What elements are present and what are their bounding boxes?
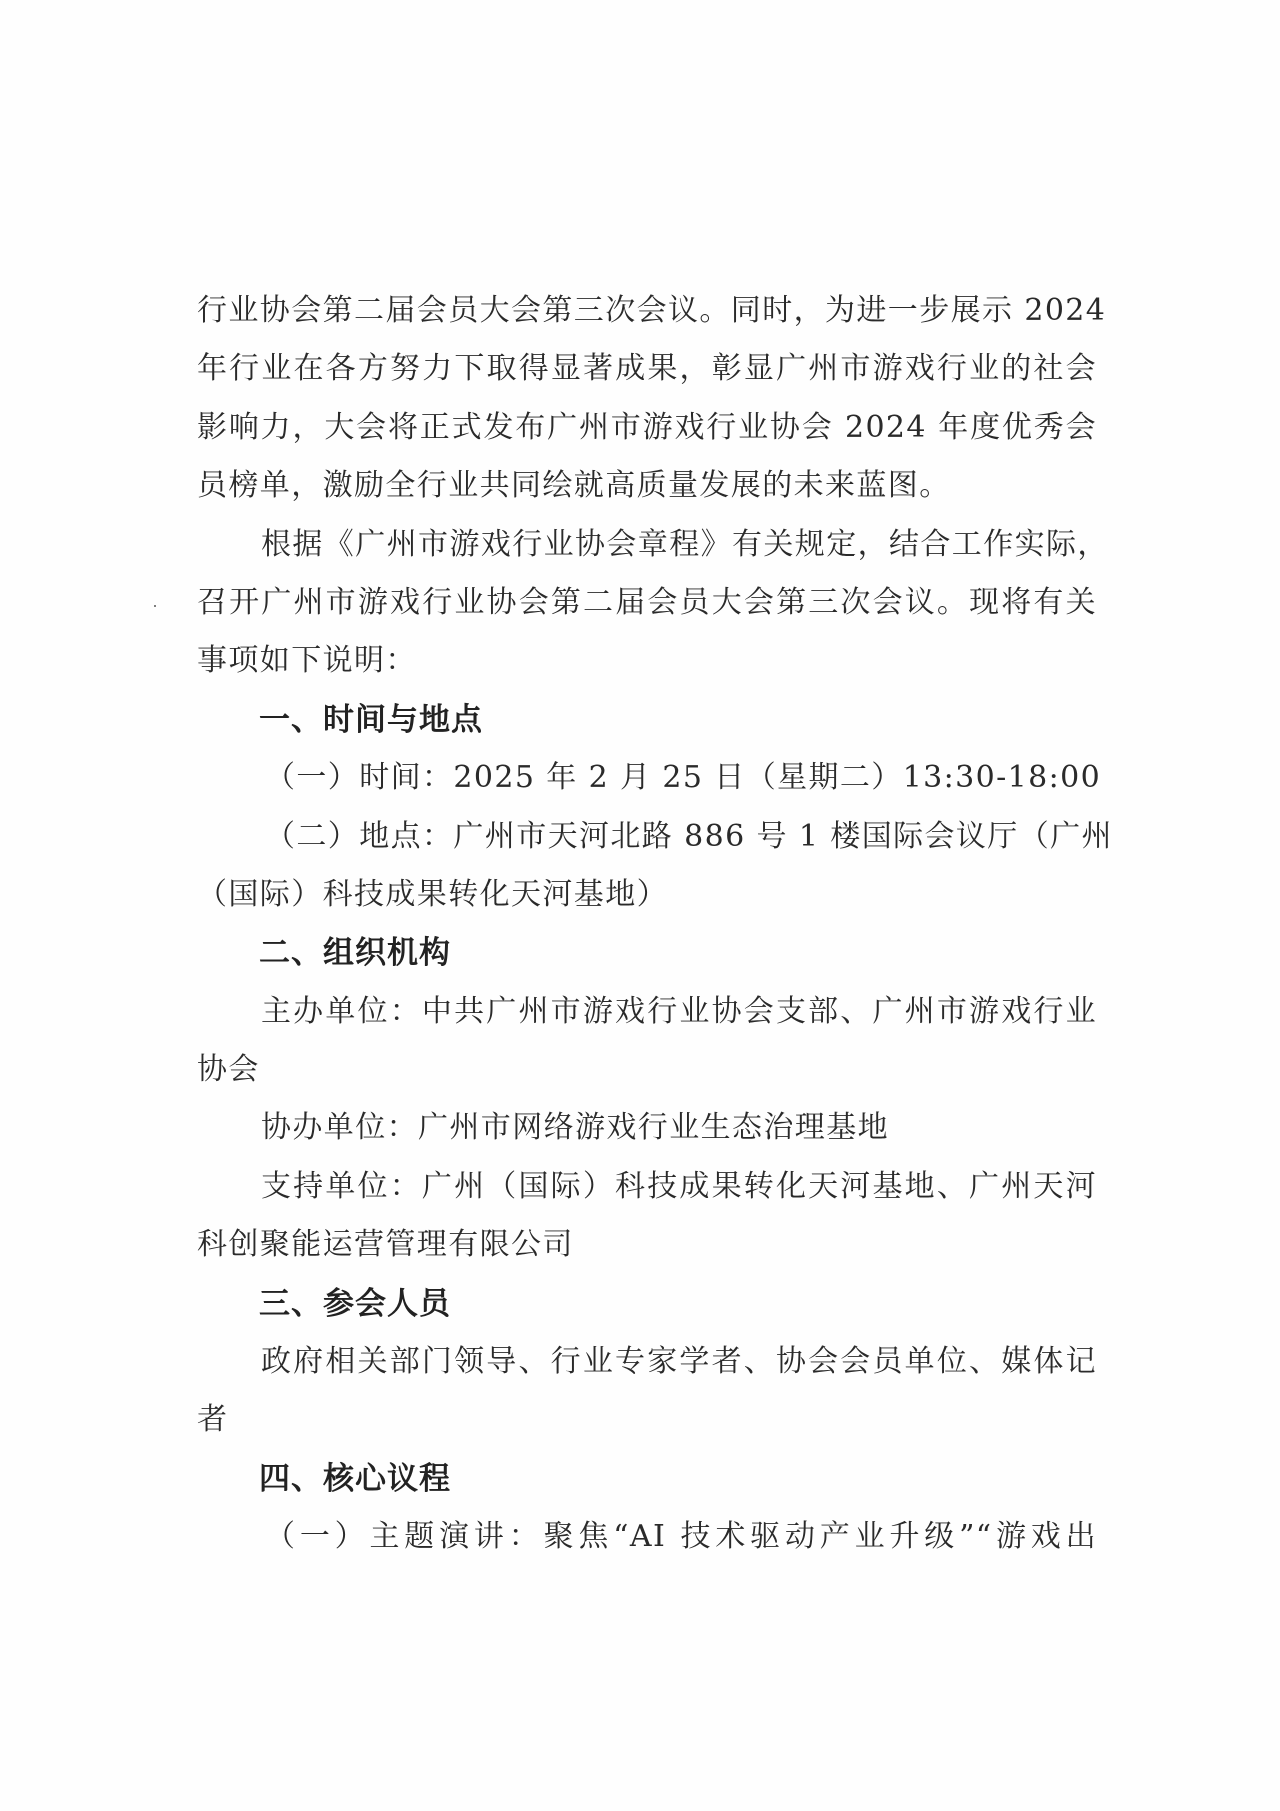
section-heading: 三、参会人员 <box>197 1275 1097 1333</box>
document-page: 行业协会第二届会员大会第三次会议。同时，为进一步展示 2024 年行业在各方努力… <box>0 0 1280 1811</box>
section-organizers: 二、组织机构 主办单位：中共广州市游戏行业协会支部、广州市游戏行业 协会 协办单… <box>197 924 1097 1274</box>
section-heading: 四、核心议程 <box>197 1450 1097 1508</box>
section-time-location: 一、时间与地点 （一）时间：2025 年 2 月 25 日（星期二）13:30-… <box>197 691 1097 925</box>
paragraph-basis: 根据《广州市游戏行业协会章程》有关规定，结合工作实际， 召开广州市游戏行业协会第… <box>197 516 1097 691</box>
text-line: 员榜单，激励全行业共同绘就高质量发展的未来蓝图。 <box>197 457 1097 515</box>
text-line: 事项如下说明： <box>197 632 1097 690</box>
section-attendees: 三、参会人员 政府相关部门领导、行业专家学者、协会会员单位、媒体记 者 <box>197 1275 1097 1450</box>
meeting-location: （二）地点：广州市天河北路 886 号 1 楼国际会议厅（广州 <box>197 808 1097 866</box>
text-line: 根据《广州市游戏行业协会章程》有关规定，结合工作实际， <box>197 516 1097 574</box>
host-organizer-cont: 协会 <box>197 1041 1097 1099</box>
scan-artifact <box>154 605 156 607</box>
text-line: 召开广州市游戏行业协会第二届会员大会第三次会议。现将有关 <box>197 574 1097 632</box>
document-body: 行业协会第二届会员大会第三次会议。同时，为进一步展示 2024 年行业在各方努力… <box>197 282 1097 1567</box>
supporter-cont: 科创聚能运营管理有限公司 <box>197 1216 1097 1274</box>
supporter: 支持单位：广州（国际）科技成果转化天河基地、广州天河 <box>197 1158 1097 1216</box>
host-organizer: 主办单位：中共广州市游戏行业协会支部、广州市游戏行业 <box>197 983 1097 1041</box>
attendees: 政府相关部门领导、行业专家学者、协会会员单位、媒体记 <box>197 1333 1097 1391</box>
section-heading: 一、时间与地点 <box>197 691 1097 749</box>
paragraph-intro: 行业协会第二届会员大会第三次会议。同时，为进一步展示 2024 年行业在各方努力… <box>197 282 1097 516</box>
agenda-item-keynote: （一）主题演讲：聚焦“AI 技术驱动产业升级”“游戏出 <box>197 1508 1097 1566</box>
section-agenda: 四、核心议程 （一）主题演讲：聚焦“AI 技术驱动产业升级”“游戏出 <box>197 1450 1097 1567</box>
section-heading: 二、组织机构 <box>197 924 1097 982</box>
text-line: 年行业在各方努力下取得显著成果，彰显广州市游戏行业的社会 <box>197 340 1097 398</box>
co-organizer: 协办单位：广州市网络游戏行业生态治理基地 <box>197 1099 1097 1157</box>
text-line: 行业协会第二届会员大会第三次会议。同时，为进一步展示 2024 <box>197 282 1097 340</box>
attendees-cont: 者 <box>197 1391 1097 1449</box>
meeting-location-cont: （国际）科技成果转化天河基地） <box>197 866 1097 924</box>
text-line: 影响力，大会将正式发布广州市游戏行业协会 2024 年度优秀会 <box>197 399 1097 457</box>
meeting-time: （一）时间：2025 年 2 月 25 日（星期二）13:30-18:00 <box>197 749 1097 807</box>
